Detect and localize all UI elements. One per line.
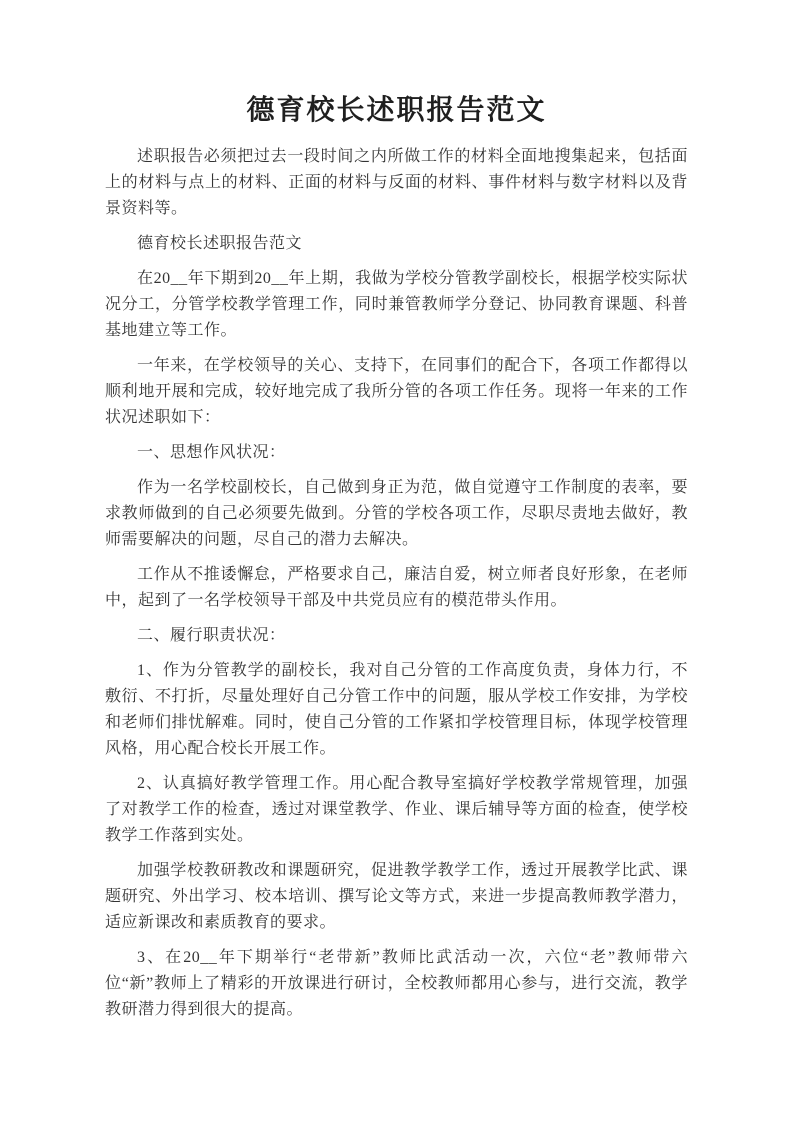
paragraph: 述职报告必须把过去一段时间之内所做工作的材料全面地搜集起来，包括面上的材料与点上… — [105, 144, 688, 222]
paragraph: 在20__年下期到20__年上期，我做为学校分管教学副校长，根据学校实际状况分工… — [105, 266, 688, 344]
paragraph: 加强学校教研教改和课题研究，促进教学教学工作，透过开展教学比武、课题研究、外出学… — [105, 858, 688, 936]
document-title: 德育校长述职报告范文 — [105, 88, 688, 128]
paragraph: 作为一名学校副校长，自己做到身正为范，做自觉遵守工作制度的表率，要求教师做到的自… — [105, 475, 688, 553]
paragraph: 3、在20__年下期举行“老带新”教师比武活动一次，六位“老”教师带六位“新”教… — [105, 945, 688, 1023]
paragraph-section-heading: 一、思想作风状况： — [105, 440, 688, 466]
paragraph-section-heading: 二、履行职责状况： — [105, 623, 688, 649]
paragraph: 工作从不推诿懈怠，严格要求自己，廉洁自爱，树立师者良好形象，在老师中，起到了一名… — [105, 562, 688, 614]
paragraph: 2、认真搞好教学管理工作。用心配合教导室搞好学校教学常规管理，加强了对教学工作的… — [105, 771, 688, 849]
paragraph: 一年来，在学校领导的关心、支持下，在同事们的配合下，各项工作都得以顺利地开展和完… — [105, 353, 688, 431]
paragraph: 德育校长述职报告范文 — [105, 231, 688, 257]
paragraph: 1、作为分管教学的副校长，我对自己分管的工作高度负责，身体力行，不敷衍、不打折，… — [105, 658, 688, 762]
document-page: 德育校长述职报告范文 述职报告必须把过去一段时间之内所做工作的材料全面地搜集起来… — [0, 0, 793, 1122]
